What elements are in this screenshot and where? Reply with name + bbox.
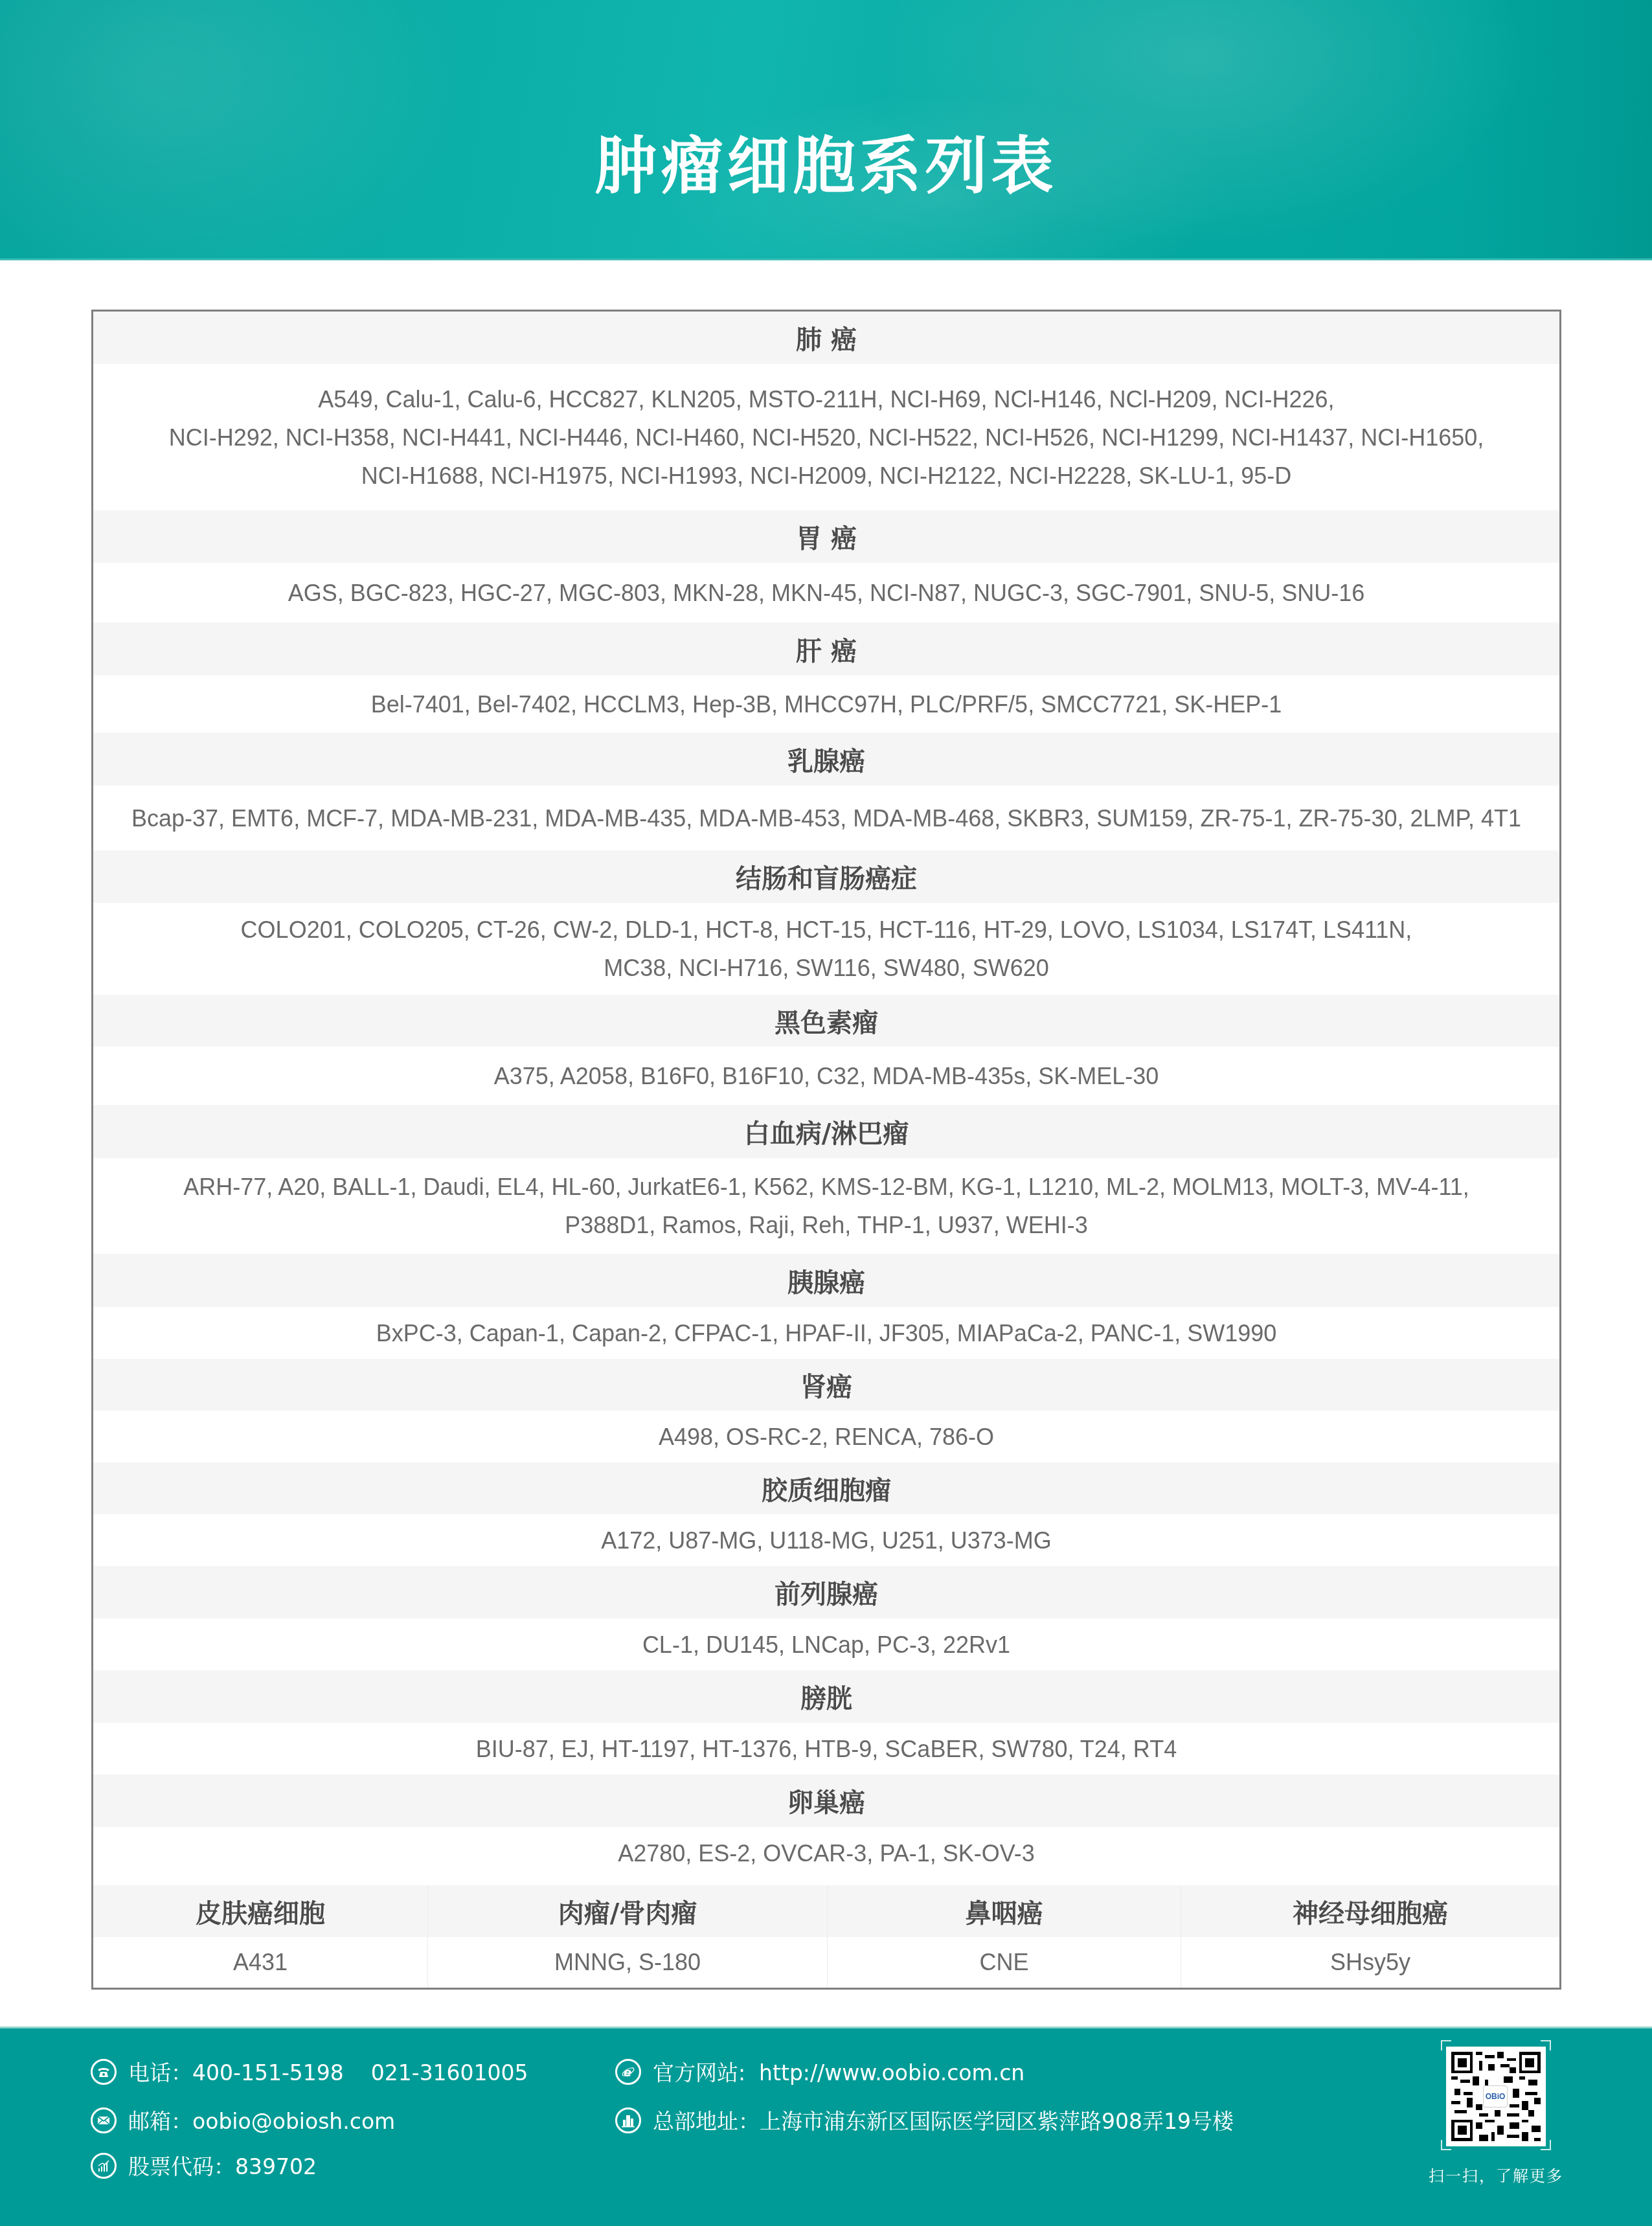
cell-line-text: Bel-7401, Bel-7402, HCCLM3, Hep-3B, MHCC… [371, 685, 1282, 723]
section-header-melanoma: 黑色素瘤 [93, 995, 1559, 1047]
section-body-colorectal: COLO201, COLO205, CT-26, CW-2, DLD-1, HC… [93, 903, 1559, 995]
section-header-glioma: 胶质细胞瘤 [93, 1462, 1559, 1514]
section-body-bladder: BIU-87, EJ, HT-1197, HT-1376, HTB-9, SCa… [93, 1723, 1559, 1775]
obio-logo: OBiO [1483, 2085, 1508, 2107]
email-text: 邮箱：oobio@obiosh.com [128, 2105, 395, 2135]
phone-icon [91, 2059, 117, 2085]
section-title: 胰腺癌 [787, 1262, 865, 1299]
contact-email: 邮箱：oobio@obiosh.com [91, 2105, 395, 2135]
cell-line-text: Bcap-37, EMT6, MCF-7, MDA-MB-231, MDA-MB… [131, 799, 1521, 837]
cell-line-text: A549, Calu-1, Calu-6, HCC827, KLN205, MS… [318, 380, 1334, 418]
website-text[interactable]: 官方网站: http://www.oobio.com.cn [653, 2056, 1024, 2087]
qr-caption: 扫一扫，了解更多 [1418, 2163, 1574, 2186]
section-body-pancreatic: BxPC-3, Capan-1, Capan-2, CFPAC-1, HPAF-… [93, 1307, 1559, 1359]
section-body-ovarian: A2780, ES-2, OVCAR-3, PA-1, SK-OV-3 [93, 1827, 1559, 1879]
section-title: 乳腺癌 [787, 741, 865, 778]
phone-text: 电话：400-151-5198 021-31601005 [128, 2056, 528, 2087]
bottom-grid-values: A431 MNNG, S-180 CNE SHsy5y [93, 1937, 1559, 1988]
section-title: 肝 癌 [796, 631, 857, 668]
grid-header-skin: 皮肤癌细胞 [93, 1885, 428, 1937]
section-title: 肾癌 [800, 1367, 852, 1403]
building-icon [615, 2107, 641, 2133]
cell-line-text: AGS, BGC-823, HGC-27, MGC-803, MKN-28, M… [288, 574, 1364, 612]
section-body-kidney: A498, OS-RC-2, RENCA, 786-O [93, 1411, 1559, 1462]
section-title: 肺 癌 [796, 319, 857, 356]
cell-line-text: A2780, ES-2, OVCAR-3, PA-1, SK-OV-3 [618, 1834, 1035, 1872]
stock-text: 股票代码：839702 [128, 2150, 317, 2181]
cell-line-text: A498, OS-RC-2, RENCA, 786-O [659, 1418, 994, 1456]
qr-image: OBiO [1446, 2047, 1546, 2146]
section-body-prostate: CL-1, DU145, LNCap, PC-3, 22Rv1 [93, 1618, 1559, 1670]
grid-value-nasopharyngeal: CNE [828, 1937, 1181, 1988]
cell-line-text: ARH-77, A20, BALL-1, Daudi, EL4, HL-60, … [183, 1168, 1469, 1206]
section-body-lung: A549, Calu-1, Calu-6, HCC827, KLN205, MS… [93, 364, 1559, 510]
section-title: 胃 癌 [796, 518, 857, 555]
section-header-breast: 乳腺癌 [93, 733, 1559, 786]
cell-line-text: NCI-H1688, NCI-H1975, NCI-H1993, NCI-H20… [361, 457, 1292, 495]
grid-value-sarcoma: MNNG, S-180 [428, 1937, 828, 1988]
grid-header-sarcoma: 肉瘤/骨肉瘤 [428, 1885, 828, 1937]
cell-line-text: NCI-H292, NCI-H358, NCI-H441, NCI-H446, … [169, 418, 1484, 457]
cell-line-text: MC38, NCI-H716, SW116, SW480, SW620 [604, 949, 1049, 987]
section-header-lung: 肺 癌 [93, 312, 1559, 364]
cell-line-text: A172, U87-MG, U118-MG, U251, U373-MG [601, 1521, 1052, 1560]
section-title: 黑色素瘤 [775, 1003, 878, 1039]
section-title: 胶质细胞瘤 [762, 1470, 891, 1507]
section-body-breast: Bcap-37, EMT6, MCF-7, MDA-MB-231, MDA-MB… [93, 786, 1559, 850]
section-title: 卵巢癌 [787, 1782, 865, 1819]
cell-line-text: P388D1, Ramos, Raji, Reh, THP-1, U937, W… [565, 1206, 1088, 1244]
section-header-pancreatic: 胰腺癌 [93, 1254, 1559, 1307]
banner-divider [0, 258, 1652, 260]
cell-line-text: BIU-87, EJ, HT-1197, HT-1376, HTB-9, SCa… [476, 1730, 1177, 1768]
section-header-liver: 肝 癌 [93, 622, 1559, 676]
cell-line-text: CL-1, DU145, LNCap, PC-3, 22Rv1 [642, 1626, 1010, 1664]
chart-icon [91, 2153, 117, 2179]
section-body-leukemia-lymphoma: ARH-77, A20, BALL-1, Daudi, EL4, HL-60, … [93, 1158, 1559, 1254]
section-header-prostate: 前列腺癌 [93, 1566, 1559, 1618]
bottom-grid-headers: 皮肤癌细胞 肉瘤/骨肉瘤 鼻咽癌 神经母细胞癌 [93, 1885, 1559, 1937]
section-body-stomach: AGS, BGC-823, HGC-27, MGC-803, MKN-28, M… [93, 563, 1559, 622]
page-title: 肿瘤细胞系列表 [0, 117, 1652, 205]
cell-line-table: 肺 癌 A549, Calu-1, Calu-6, HCC827, KLN205… [91, 310, 1561, 1990]
section-header-colorectal: 结肠和盲肠癌症 [93, 850, 1559, 903]
section-title: 结肠和盲肠癌症 [736, 858, 917, 895]
contact-address: 总部地址：上海市浦东新区国际医学园区紫萍路908弄19号楼 [615, 2105, 1234, 2135]
section-header-leukemia-lymphoma: 白血病/淋巴瘤 [93, 1105, 1559, 1158]
grid-header-nasopharyngeal: 鼻咽癌 [828, 1885, 1181, 1937]
cell-line-text: A375, A2058, B16F0, B16F10, C32, MDA-MB-… [494, 1057, 1159, 1095]
grid-header-neuroblastoma: 神经母细胞癌 [1181, 1885, 1559, 1937]
contact-phone: 电话：400-151-5198 021-31601005 [91, 2056, 528, 2087]
contact-website[interactable]: e 官方网站: http://www.oobio.com.cn [615, 2056, 1024, 2087]
section-header-bladder: 膀胱 [93, 1670, 1559, 1723]
mail-icon [91, 2107, 117, 2133]
contact-stock: 股票代码：839702 [91, 2150, 317, 2181]
grid-value-skin: A431 [93, 1937, 428, 1988]
cell-line-text: BxPC-3, Capan-1, Capan-2, CFPAC-1, HPAF-… [376, 1314, 1276, 1352]
section-header-kidney: 肾癌 [93, 1359, 1559, 1411]
section-title: 白血病/淋巴瘤 [744, 1113, 909, 1150]
section-title: 前列腺癌 [775, 1574, 878, 1611]
section-body-melanoma: A375, A2058, B16F0, B16F10, C32, MDA-MB-… [93, 1047, 1559, 1105]
cell-line-text: COLO201, COLO205, CT-26, CW-2, DLD-1, HC… [241, 911, 1412, 949]
header-banner: 肿瘤细胞系列表 [0, 0, 1652, 260]
section-header-stomach: 胃 癌 [93, 510, 1559, 563]
section-body-liver: Bel-7401, Bel-7402, HCCLM3, Hep-3B, MHCC… [93, 676, 1559, 733]
browser-icon: e [615, 2059, 641, 2085]
grid-value-neuroblastoma: SHsy5y [1181, 1937, 1559, 1988]
section-title: 膀胱 [800, 1678, 852, 1715]
section-header-ovarian: 卵巢癌 [93, 1775, 1559, 1827]
section-body-glioma: A172, U87-MG, U118-MG, U251, U373-MG [93, 1514, 1559, 1566]
address-text: 总部地址：上海市浦东新区国际医学园区紫萍路908弄19号楼 [653, 2105, 1234, 2135]
qr-code[interactable]: OBiO [1441, 2040, 1551, 2150]
